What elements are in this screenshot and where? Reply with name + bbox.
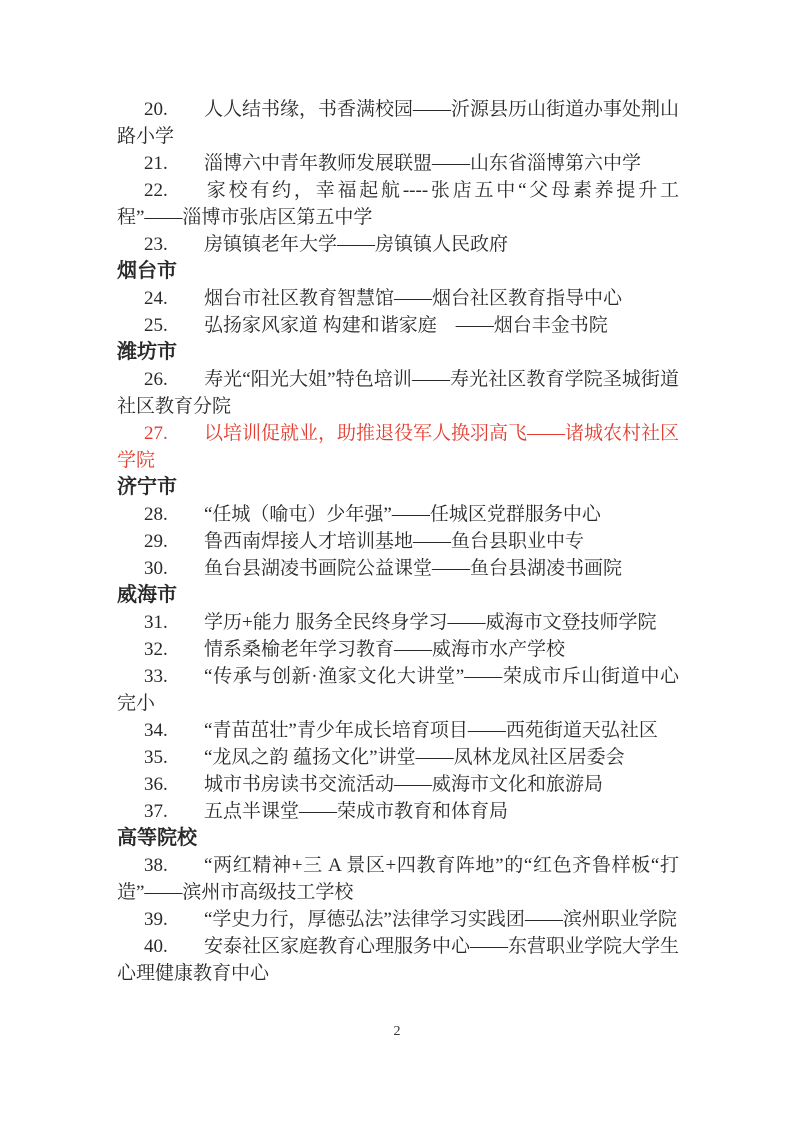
list-item: 40.安泰社区家庭教育心理服务中心——东营职业学院大学生心理健康教育中心 — [117, 933, 679, 987]
document-page: 20.人人结书缘，书香满校园——沂源县历山街道办事处荆山路小学 21.淄博六中青… — [0, 0, 794, 1123]
item-text: 弘扬家风家道 构建和谐家庭 ——烟台丰金书院 — [204, 315, 608, 336]
list-item: 33.“传承与创新·渔家文化大讲堂”——荣成市斥山街道中心完小 — [117, 663, 679, 717]
document-body: 20.人人结书缘，书香满校园——沂源县历山街道办事处荆山路小学 21.淄博六中青… — [117, 96, 679, 987]
item-text: 烟台市社区教育智慧馆——烟台社区教育指导中心 — [204, 288, 622, 309]
list-item: 28.“任城（喻屯）少年强”——任城区党群服务中心 — [117, 501, 679, 528]
item-text: 情系桑榆老年学习教育——威海市水产学校 — [204, 639, 565, 660]
list-item: 39.“学史力行，厚德弘法”法律学习实践团——滨州职业学院 — [117, 906, 679, 933]
item-number: 38. — [144, 852, 204, 879]
item-number: 27. — [144, 420, 204, 447]
item-number: 31. — [144, 609, 204, 636]
list-item: 34.“青苗茁壮”青少年成长培育项目——西苑街道天弘社区 — [117, 717, 679, 744]
item-text: 鲁西南焊接人才培训基地——鱼台县职业中专 — [204, 531, 584, 552]
item-text: “任城（喻屯）少年强”——任城区党群服务中心 — [204, 504, 601, 525]
item-number: 26. — [144, 366, 204, 393]
section-heading-jining: 济宁市 — [117, 474, 679, 501]
list-item: 32.情系桑榆老年学习教育——威海市水产学校 — [117, 636, 679, 663]
list-item: 30.鱼台县湖凌书画院公益课堂——鱼台县湖凌书画院 — [117, 555, 679, 582]
section-heading-higher-education: 高等院校 — [117, 825, 679, 852]
item-number: 40. — [144, 933, 204, 960]
item-number: 35. — [144, 744, 204, 771]
list-item: 23.房镇镇老年大学——房镇镇人民政府 — [117, 231, 679, 258]
page-number: 2 — [0, 1024, 794, 1040]
item-number: 33. — [144, 663, 204, 690]
list-item: 25.弘扬家风家道 构建和谐家庭 ——烟台丰金书院 — [117, 312, 679, 339]
item-text: 鱼台县湖凌书画院公益课堂——鱼台县湖凌书画院 — [204, 558, 622, 579]
list-item-highlighted: 27.以培训促就业，助推退役军人换羽高飞——诸城农村社区学院 — [117, 420, 679, 474]
list-item: 37.五点半课堂——荣成市教育和体育局 — [117, 798, 679, 825]
item-number: 37. — [144, 798, 204, 825]
section-heading-yantai: 烟台市 — [117, 258, 679, 285]
list-item: 20.人人结书缘，书香满校园——沂源县历山街道办事处荆山路小学 — [117, 96, 679, 150]
list-item: 36.城市书房读书交流活动——威海市文化和旅游局 — [117, 771, 679, 798]
item-text: 城市书房读书交流活动——威海市文化和旅游局 — [204, 774, 603, 795]
list-item: 26.寿光“阳光大姐”特色培训——寿光社区教育学院圣城街道社区教育分院 — [117, 366, 679, 420]
item-number: 34. — [144, 717, 204, 744]
item-text: 学历+能力 服务全民终身学习——威海市文登技师学院 — [204, 612, 656, 633]
section-heading-weifang: 潍坊市 — [117, 339, 679, 366]
item-number: 32. — [144, 636, 204, 663]
item-number: 29. — [144, 528, 204, 555]
section-heading-weihai: 威海市 — [117, 582, 679, 609]
item-text: “学史力行，厚德弘法”法律学习实践团——滨州职业学院 — [204, 909, 677, 930]
item-text: “青苗茁壮”青少年成长培育项目——西苑街道天弘社区 — [204, 720, 658, 741]
list-item: 22.家校有约，幸福起航----张店五中“父母素养提升工程”——淄博市张店区第五… — [117, 177, 679, 231]
list-item: 21.淄博六中青年教师发展联盟——山东省淄博第六中学 — [117, 150, 679, 177]
item-text: 五点半课堂——荣成市教育和体育局 — [204, 801, 508, 822]
list-item: 29.鲁西南焊接人才培训基地——鱼台县职业中专 — [117, 528, 679, 555]
list-item: 31.学历+能力 服务全民终身学习——威海市文登技师学院 — [117, 609, 679, 636]
item-number: 28. — [144, 501, 204, 528]
item-text: 房镇镇老年大学——房镇镇人民政府 — [204, 234, 508, 255]
item-number: 36. — [144, 771, 204, 798]
list-item: 35.“龙凤之韵 蕴扬文化”讲堂——凤林龙凤社区居委会 — [117, 744, 679, 771]
item-number: 22. — [144, 177, 204, 204]
item-text: “龙凤之韵 蕴扬文化”讲堂——凤林龙凤社区居委会 — [204, 747, 625, 768]
item-number: 20. — [144, 96, 204, 123]
item-number: 25. — [144, 312, 204, 339]
item-number: 39. — [144, 906, 204, 933]
item-text: 淄博六中青年教师发展联盟——山东省淄博第六中学 — [204, 153, 641, 174]
item-number: 21. — [144, 150, 204, 177]
item-number: 24. — [144, 285, 204, 312]
item-number: 30. — [144, 555, 204, 582]
list-item: 38.“两红精神+三 A 景区+四教育阵地”的“红色齐鲁样板“打造”——滨州市高… — [117, 852, 679, 906]
list-item: 24.烟台市社区教育智慧馆——烟台社区教育指导中心 — [117, 285, 679, 312]
item-number: 23. — [144, 231, 204, 258]
